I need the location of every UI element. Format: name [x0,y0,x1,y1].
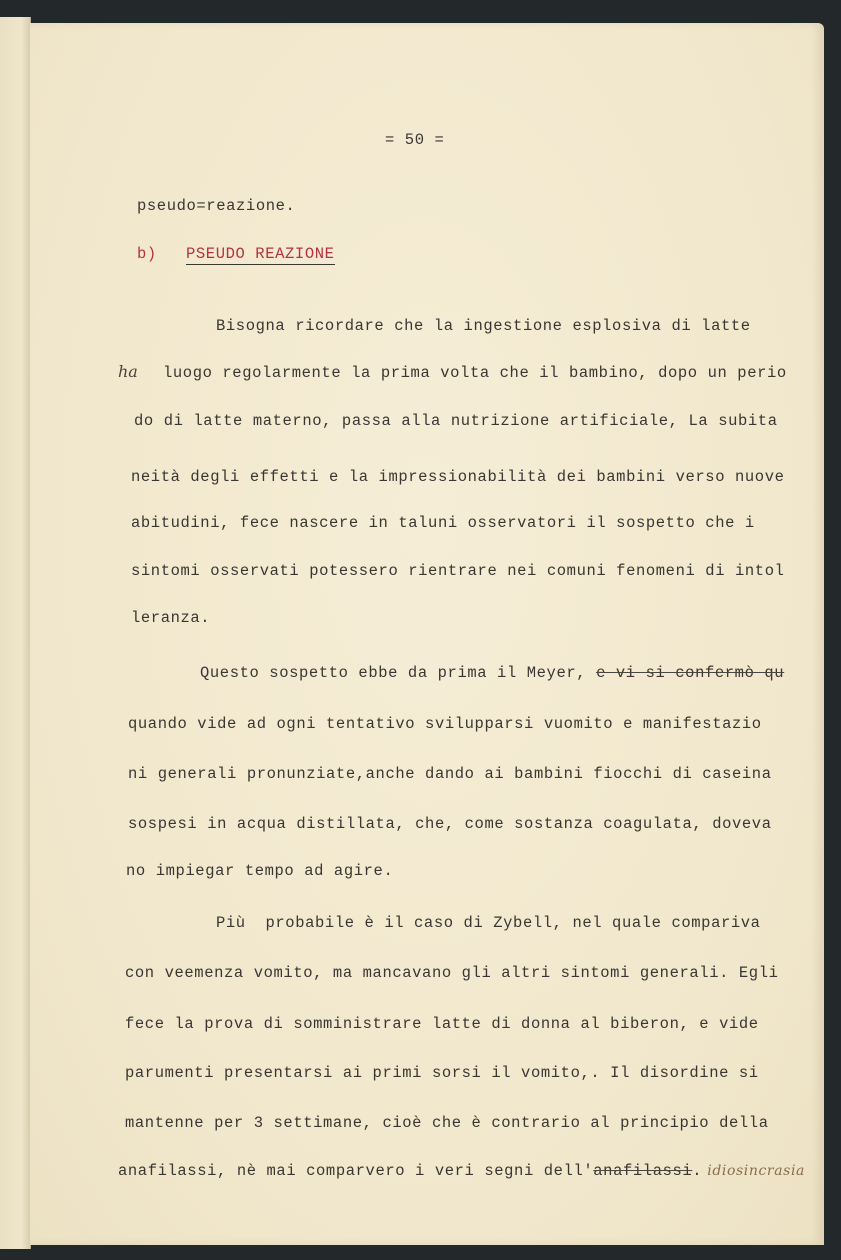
text-line: sospesi in acqua distillata, che, come s… [128,815,772,833]
text-line: quando vide ad ogni tentativo sviluppars… [128,715,762,733]
text-line: con veemenza vomito, ma mancavano gli al… [125,964,779,982]
text-line: abitudini, fece nascere in taluni osserv… [131,514,755,532]
previous-page-edge [0,17,31,1249]
text-line: no impiegar tempo ad agire. [126,862,393,880]
text-line: mantenne per 3 settimane, cioè che è con… [125,1114,769,1132]
text-line: fece la prova di somministrare latte di … [125,1015,759,1033]
section-heading: PSEUDO REAZIONE [186,245,335,265]
text-line: sintomi osservati potessero rientrare ne… [131,562,785,580]
text-line: luogo regolarmente la prima volta che il… [163,364,787,382]
text-line: pseudo=reazione. [137,197,295,215]
handwritten-correction: idiosincrasia [702,1163,805,1179]
text-line: neità degli effetti e la impressionabili… [131,468,785,486]
text-line: do di latte materno, passa alla nutrizio… [134,412,778,430]
text-line: Bisogna ricordare che la ingestione espl… [216,317,751,335]
text-line: ni generali pronunziate,anche dando ai b… [128,765,772,783]
struck-text: e vi si confermò qu [596,664,784,682]
struck-text: anafilassi [593,1162,692,1180]
text-line: parumenti presentarsi ai primi sorsi il … [125,1064,759,1082]
handwritten-insert: ha [118,362,138,381]
text-line: Più probabile è il caso di Zybell, nel q… [216,914,761,932]
text-line: anafilassi, nè mai comparvero i veri seg… [118,1162,805,1180]
text-line: leranza. [131,609,210,627]
text-line: Questo sospetto ebbe da prima il Meyer, … [200,664,784,682]
page-number: = 50 = [385,131,444,149]
section-label: b) [137,245,157,263]
